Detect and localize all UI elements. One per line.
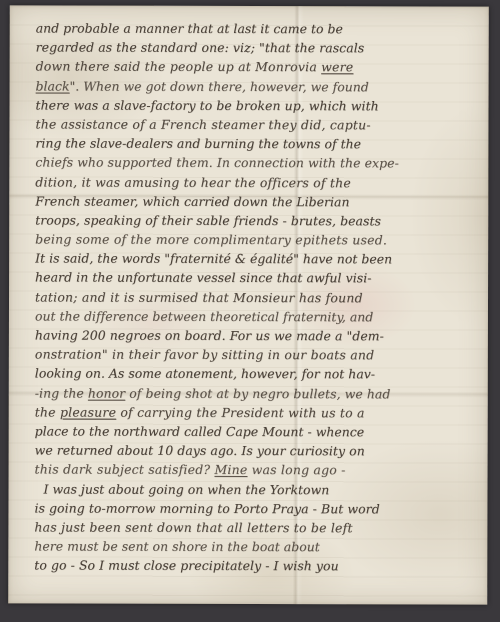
letter-text: here must be sent on shore in the boat a… — [34, 539, 319, 555]
letter-text: the assistance of a French steamer they … — [35, 116, 370, 132]
underlined-word: honor — [88, 385, 125, 400]
letter-line: troops, speaking of their sable friends … — [35, 210, 476, 230]
letter-text: to go - So I must close precipitately - … — [34, 558, 338, 574]
letter-line: down there said the people up at Monrovi… — [36, 57, 477, 77]
letter-text: being some of the more complimentary epi… — [35, 232, 387, 248]
letter-line: It is said, the words "fraternité & égal… — [35, 249, 476, 269]
letter-text: having 200 negroes on board. For us we m… — [35, 327, 384, 343]
underlined-word: black — [36, 78, 70, 93]
letter-text: this dark subject satisfied? — [35, 462, 215, 477]
letter-text: is going to-morrow morning to Porto Pray… — [34, 500, 379, 516]
letter-line: here must be sent on shore in the boat a… — [34, 537, 475, 557]
letter-line: ring the slave-dealers and burning the t… — [35, 134, 476, 154]
letter-text: regarded as the standard one: viz; "that… — [36, 40, 365, 56]
letter-line: black". When we got down there, however,… — [36, 76, 477, 96]
letter-line: French steamer, which carried down the L… — [35, 191, 476, 211]
letter-line: chiefs who supported them. In connection… — [35, 153, 476, 173]
letter-line: being some of the more complimentary epi… — [35, 230, 476, 250]
letter-lines: and probable a manner that at last it ca… — [34, 18, 477, 594]
letter-text: tation; and it is surmised that Monsieur… — [35, 289, 363, 305]
letter-text: dition, it was amusing to hear the offic… — [35, 174, 351, 190]
letter-line: heard in the unfortunate vessel since th… — [35, 268, 476, 288]
letter-line: out the difference between theoretical f… — [35, 306, 476, 326]
letter-text: out the difference between theoretical f… — [35, 308, 373, 324]
letter-text: I was just about going on when the Yorkt… — [43, 481, 329, 497]
underlined-word: Mine — [214, 462, 247, 477]
letter-line: this dark subject satisfied? Mine was lo… — [35, 460, 476, 480]
letter-line: having 200 negroes on board. For us we m… — [35, 325, 476, 345]
letter-text: It is said, the words "fraternité & égal… — [35, 251, 392, 267]
letter-line: to go - So I must close precipitately - … — [34, 556, 475, 576]
letter-line: and probable a manner that at last it ca… — [36, 18, 477, 38]
letter-text: has just been sent down that all letters… — [34, 519, 352, 535]
letter-line: I was just about going on when the Yorkt… — [34, 479, 475, 499]
letter-text: of carrying the President with us to a — [116, 404, 365, 420]
letter-text: place to the northward called Cape Mount… — [35, 423, 365, 439]
letter-line: is going to-morrow morning to Porto Pray… — [34, 498, 475, 518]
letter-text: troops, speaking of their sable friends … — [35, 212, 381, 228]
letter-line: -ing the honor of being shot at by negro… — [35, 383, 476, 403]
letter-text: -ing the — [35, 385, 88, 400]
letter-line: has just been sent down that all letters… — [34, 517, 475, 537]
letter-text: chiefs who supported them. In connection… — [35, 155, 399, 171]
underlined-word: pleasure — [60, 404, 116, 419]
letter-line: there was a slave-factory to be broken u… — [35, 95, 476, 115]
letter-text: and probable a manner that at last it ca… — [36, 20, 343, 36]
letter-line: the pleasure of carrying the President w… — [35, 402, 476, 422]
letter-text: heard in the unfortunate vessel since th… — [35, 270, 372, 286]
letter-page: and probable a manner that at last it ca… — [8, 5, 489, 604]
underlined-word: were — [321, 60, 353, 75]
letter-line: onstration" in their favor by sitting in… — [35, 345, 476, 365]
letter-line: the assistance of a French steamer they … — [35, 114, 476, 134]
photo-backdrop: and probable a manner that at last it ca… — [0, 0, 500, 622]
letter-text: onstration" in their favor by sitting in… — [35, 347, 374, 363]
letter-text: down there said the people up at Monrovi… — [36, 59, 322, 75]
letter-text: there was a slave-factory to be broken u… — [36, 97, 379, 113]
letter-text: was long ago - — [247, 462, 345, 477]
letter-line: place to the northward called Cape Mount… — [35, 421, 476, 441]
letter-line: we returned about 10 days ago. Is your c… — [35, 441, 476, 461]
letter-text: ring the slave-dealers and burning the t… — [35, 136, 361, 152]
letter-line: regarded as the standard one: viz; "that… — [36, 38, 477, 58]
letter-line: tation; and it is surmised that Monsieur… — [35, 287, 476, 307]
letter-text: looking on. As some atonement, however, … — [35, 366, 375, 382]
letter-text: the — [35, 404, 60, 419]
letter-line: dition, it was amusing to hear the offic… — [35, 172, 476, 192]
letter-text: French steamer, which carried down the L… — [35, 193, 349, 209]
letter-text: ". When we got down there, however, we f… — [70, 78, 369, 94]
letter-text: we returned about 10 days ago. Is your c… — [35, 443, 365, 459]
letter-text: of being shot at by negro bullets, we ha… — [125, 385, 390, 401]
letter-line: looking on. As some atonement, however, … — [35, 364, 476, 384]
